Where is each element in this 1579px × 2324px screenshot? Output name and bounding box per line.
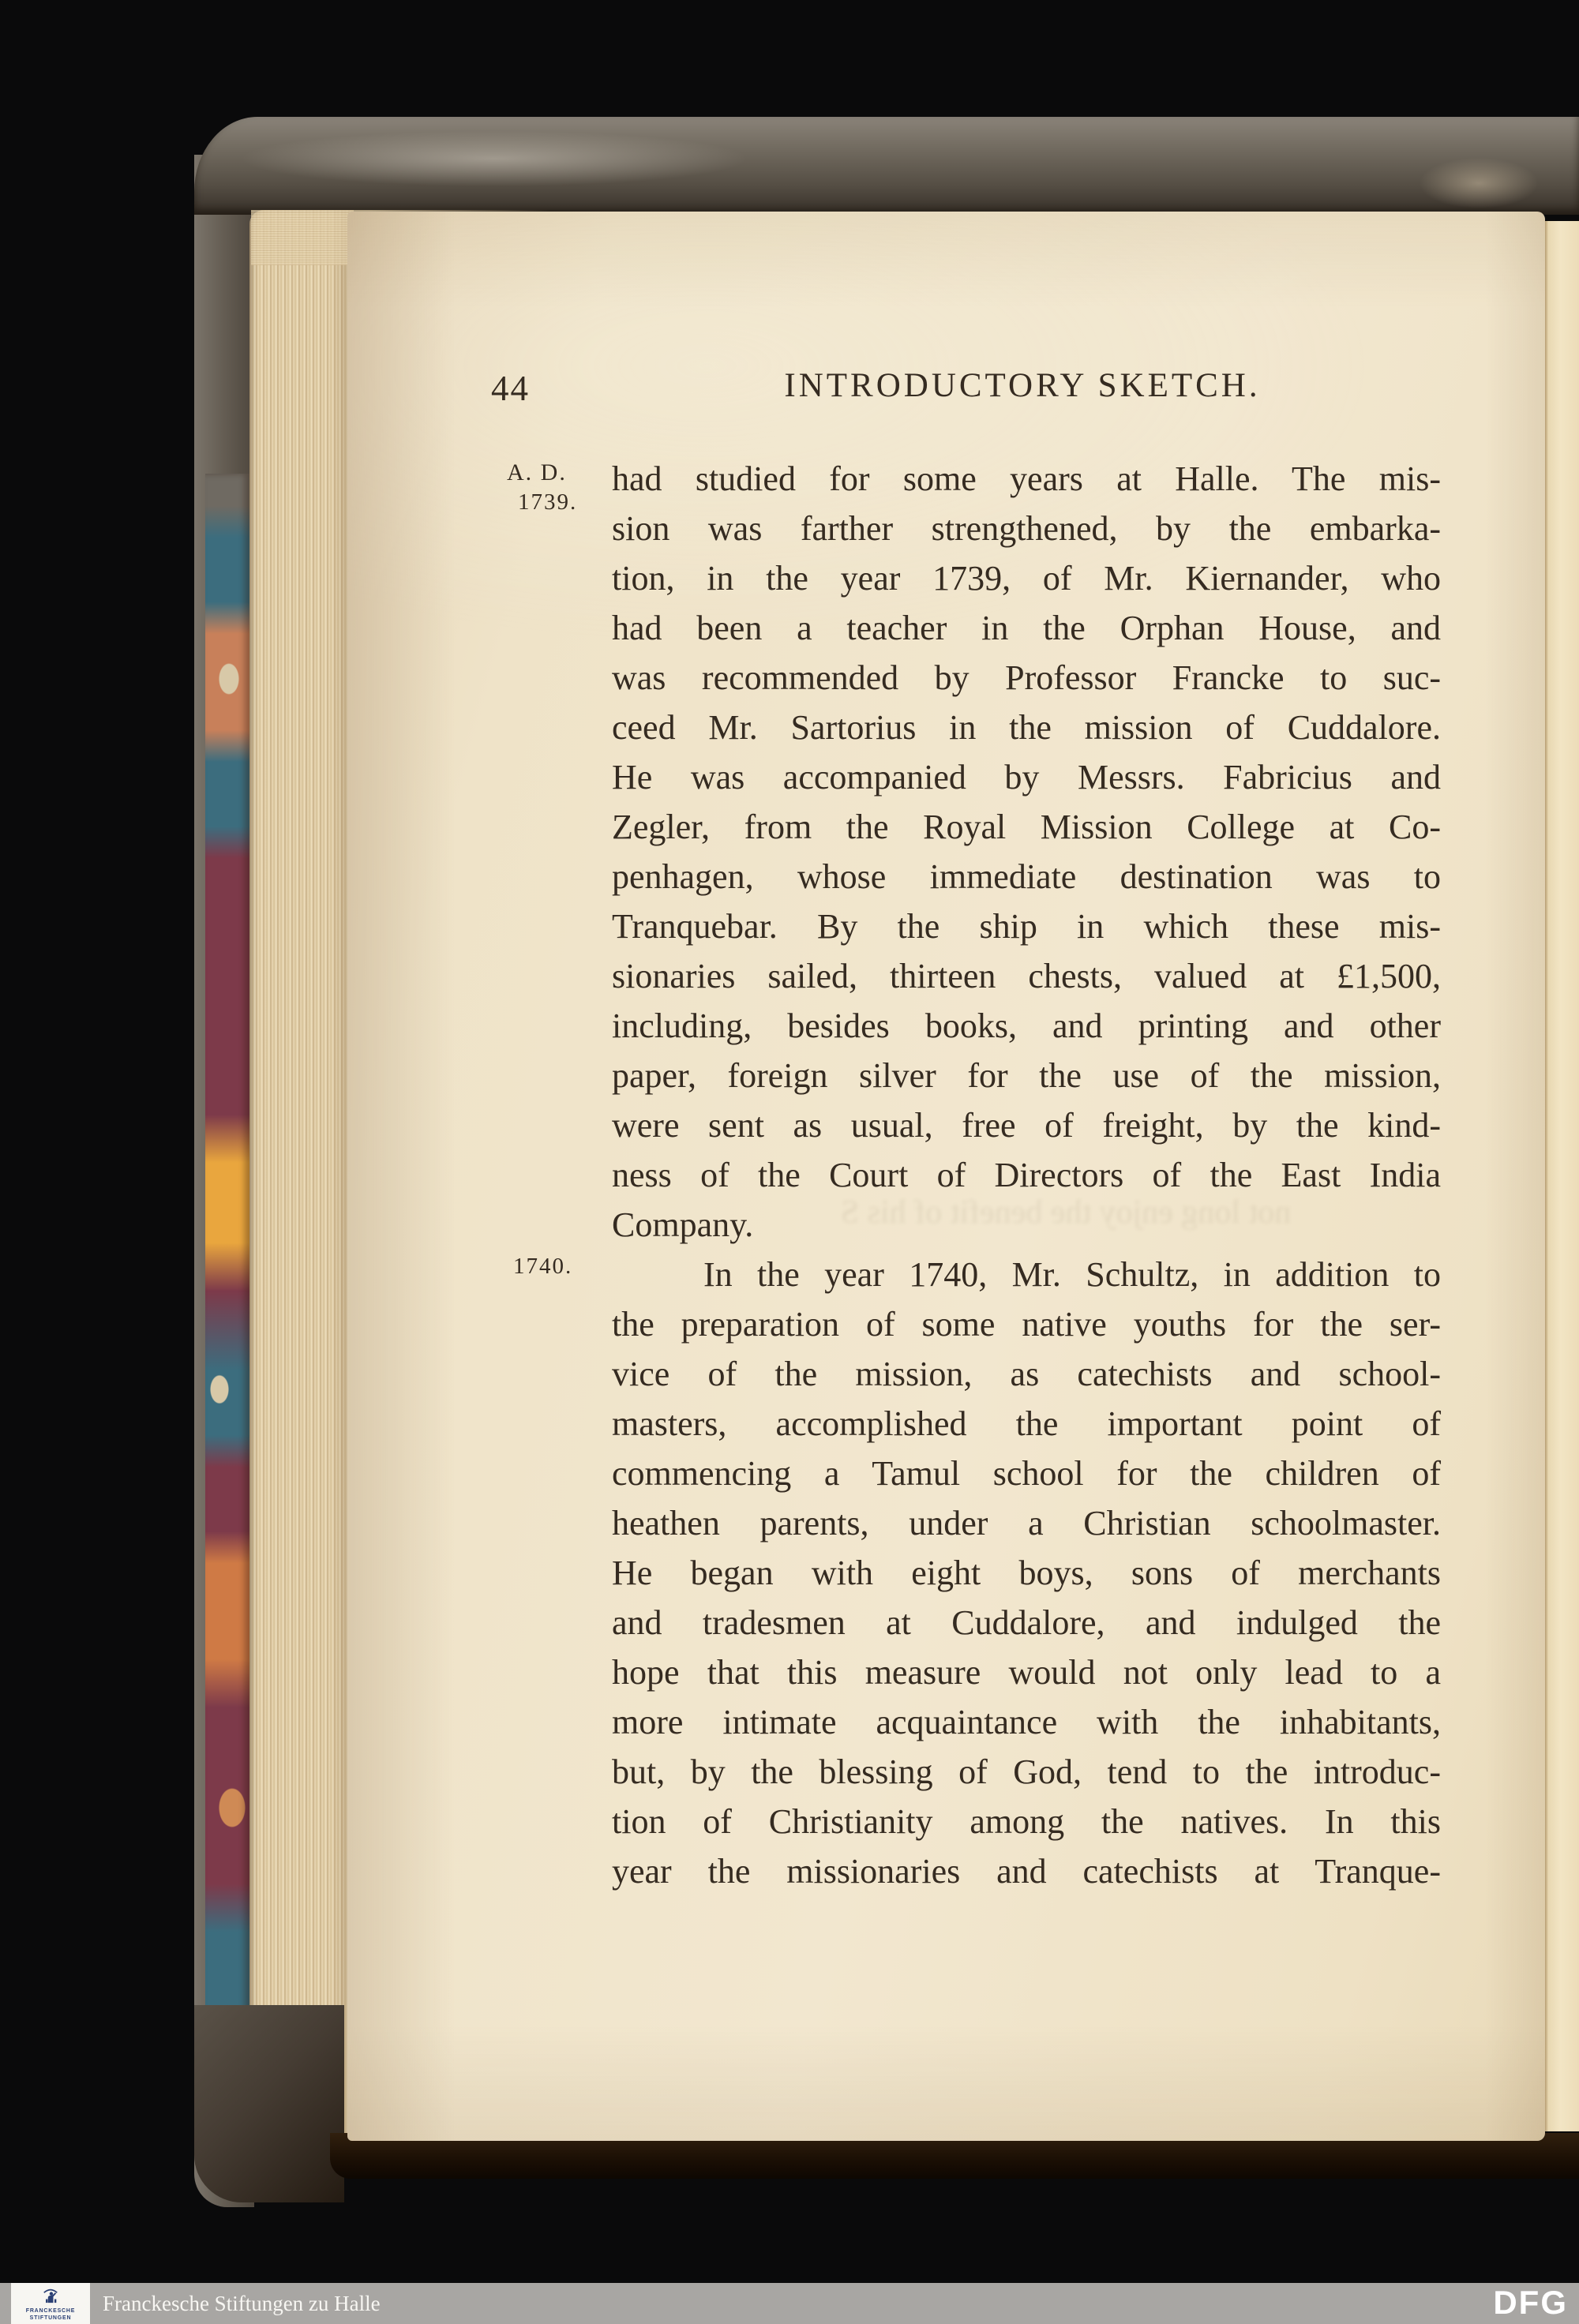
scanned-book-photo: 44 INTRODUCTORY SKETCH. A. D. 1739. 1740… [0,0,1579,2324]
logo-caption-line2: STIFTUNGEN [30,2315,72,2322]
digitization-footer-bar: FRANCKESCHE STIFTUNGEN Franckesche Stift… [0,2283,1579,2324]
body-line: but, by the blessing of God, tend to the… [612,1747,1441,1797]
paragraph-1: had studied for some years at Halle. The… [612,454,1441,1250]
page-number: 44 [491,368,530,409]
body-line: the preparation of some native youths fo… [612,1299,1441,1349]
franckesche-stiftungen-logo: FRANCKESCHE STIFTUNGEN [11,2283,90,2324]
body-line: In the year 1740, Mr. Schultz, in additi… [612,1250,1441,1299]
leather-damage-patch [1420,158,1538,208]
body-line: He was accompanied by Messrs. Fabricius … [612,752,1441,802]
book-top-cover-edge [194,117,1579,215]
body-line: heathen parents, under a Christian schoo… [612,1498,1441,1548]
body-line: and tradesmen at Cuddalore, and indulged… [612,1598,1441,1647]
body-line: including, besides books, and printing a… [612,1001,1441,1051]
body-line: Zegler, from the Royal Mission College a… [612,802,1441,852]
body-line: masters, accomplished the important poin… [612,1399,1441,1449]
page-edge-stack [249,210,354,2141]
body-line: ceed Mr. Sartorius in the mission of Cud… [612,703,1441,752]
body-line: were sent as usual, free of freight, by … [612,1100,1441,1150]
marbled-paper-edge [205,474,249,2076]
book-bottom-left-corner [194,2005,344,2202]
body-line: Company. [612,1200,1441,1250]
body-line: tion of Christianity among the natives. … [612,1797,1441,1846]
adjacent-page-sliver [1545,221,1579,2131]
leather-wear-highlight [242,131,747,186]
body-line: was recommended by Professor Francke to … [612,653,1441,703]
body-line: ness of the Court of Directors of the Ea… [612,1150,1441,1200]
margin-note-year-1739: 1739. [518,489,577,515]
body-text-block: had studied for some years at Halle. The… [612,454,1441,1896]
body-line: had studied for some years at Halle. The… [612,454,1441,504]
margin-note-year-1740: 1740. [513,1254,572,1280]
paragraph-2: In the year 1740, Mr. Schultz, in additi… [612,1250,1441,1896]
body-line: sion was farther strengthened, by the em… [612,504,1441,553]
dfg-logo: DFG [1493,2283,1568,2324]
body-line: paper, foreign silver for the use of the… [612,1051,1441,1100]
body-line: hope that this measure would not only le… [612,1647,1441,1697]
running-title: INTRODUCTORY SKETCH. [608,366,1437,405]
body-line: Tranquebar. By the ship in which these m… [612,901,1441,951]
body-line: sionaries sailed, thirteen chests, value… [612,951,1441,1001]
margin-note-ad: A. D. [507,459,567,486]
body-line: vice of the mission, as catechists and s… [612,1349,1441,1399]
body-line: year the missionaries and catechists at … [612,1846,1441,1896]
logo-caption-line1: FRANCKESCHE [26,2308,75,2315]
body-line: penhagen, whose immediate destination wa… [612,852,1441,901]
body-line: He began with eight boys, sons of mercha… [612,1548,1441,1598]
body-line: tion, in the year 1739, of Mr. Kiernande… [612,553,1441,603]
body-line: commencing a Tamul school for the childr… [612,1449,1441,1498]
body-line: more intimate acquaintance with the inha… [612,1697,1441,1747]
body-line: had been a teacher in the Orphan House, … [612,603,1441,653]
franckesche-emblem-icon [42,2286,59,2307]
institution-name: Franckesche Stiftungen zu Halle [103,2283,381,2324]
